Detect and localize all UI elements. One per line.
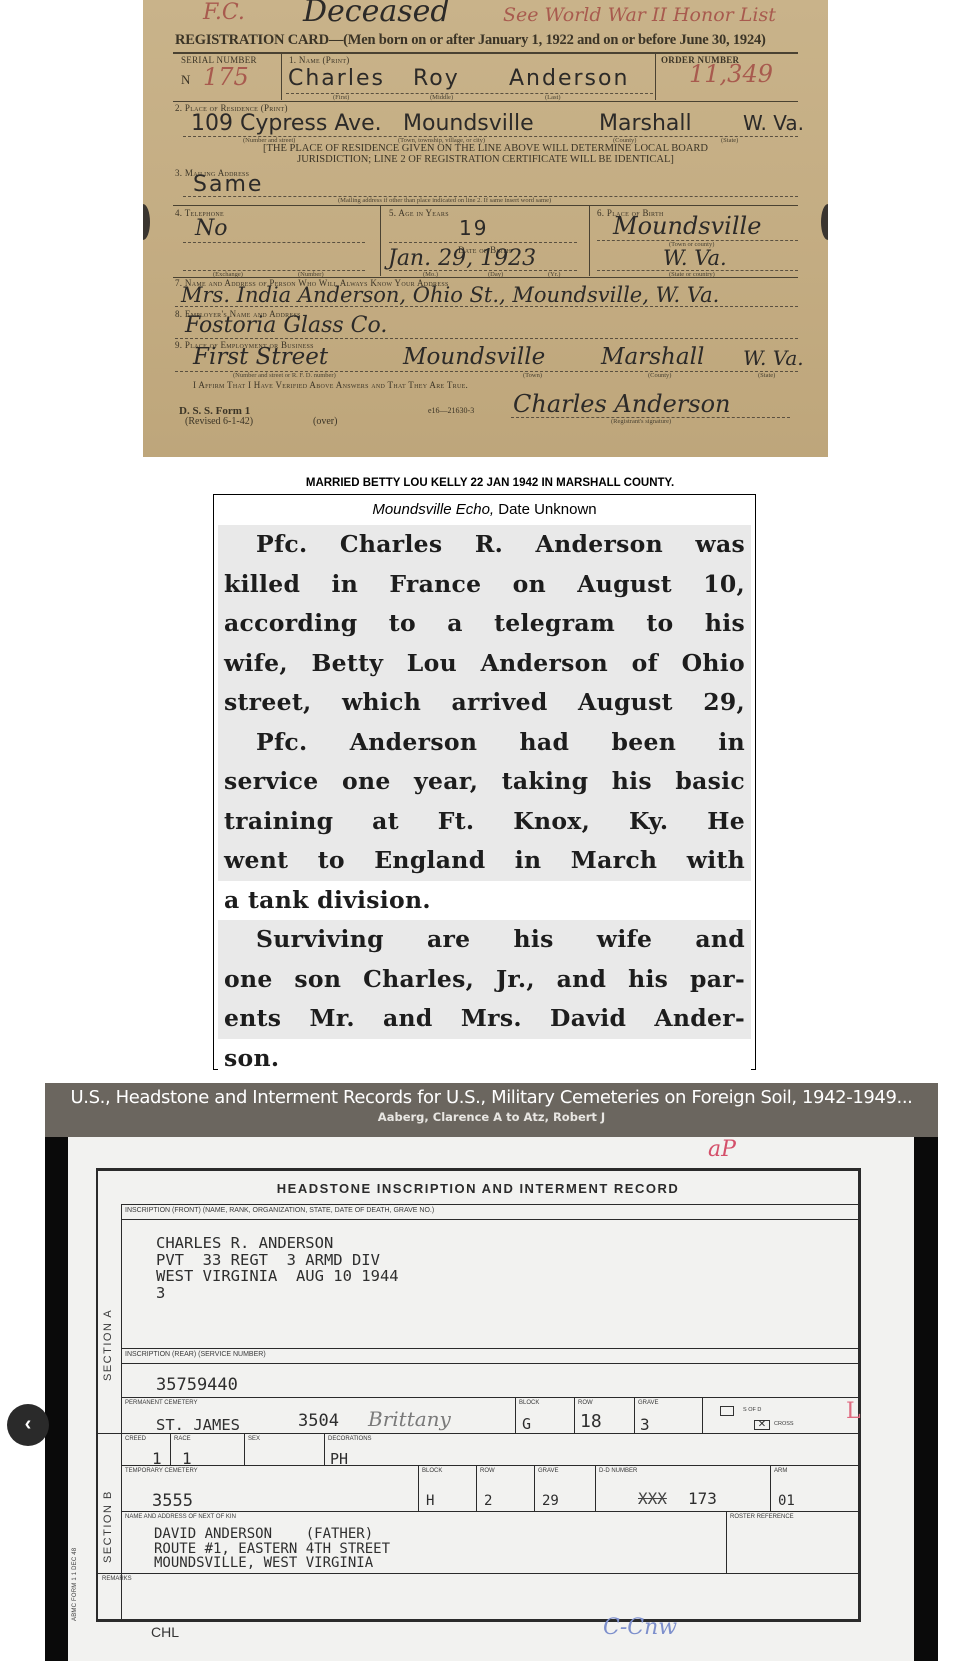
section-b-label: SECTION B	[102, 1490, 114, 1563]
jurisdiction-note-1: [THE PLACE OF RESIDENCE GIVEN ON THE LIN…	[143, 143, 828, 154]
roster-reference-label: ROSTER REFERENCE	[730, 1514, 794, 1520]
obituary-text: Pfc. Charles R. Anderson was killed in F…	[218, 525, 751, 1065]
article-line: street, which arrived August 29,	[218, 683, 751, 723]
inscription-rear-label: INSCRIPTION (Rear) (Service Number)	[125, 1351, 266, 1358]
section-a-label: SECTION A	[102, 1309, 114, 1381]
footer-handwritten: C-Cnw	[603, 1615, 677, 1640]
card-title: REGISTRATION CARD—(Men born on or after …	[175, 32, 766, 49]
punch-hole	[143, 204, 150, 240]
article-line: went to England in March with	[218, 841, 751, 881]
article-line: training at Ft. Knox, Ky. He	[218, 802, 751, 842]
temp-cemetery: 3555	[152, 1491, 193, 1511]
annotation-honor-list: See World War II Honor List	[503, 4, 776, 26]
dd-number: 173	[688, 1489, 717, 1508]
temp-row-label: ROW	[480, 1468, 495, 1474]
inscription-front-text: CHARLES R. ANDERSONPVT 33 REGT 3 ARMD DI…	[156, 1235, 399, 1301]
article-line: a tank division.	[218, 881, 751, 921]
permanent-cemetery-handwritten: Brittany	[368, 1407, 451, 1431]
inscription-line: WEST VIRGINIA AUG 10 1944	[156, 1268, 399, 1285]
perm-row-label: ROW	[578, 1400, 593, 1406]
headstone-form: HEADSTONE INSCRIPTION AND INTERMENT RECO…	[96, 1168, 861, 1622]
corner-initials: aP	[708, 1137, 736, 1162]
telephone-value: No	[195, 216, 228, 241]
name-last: Anderson	[509, 66, 629, 91]
employment-sub-county: (County)	[648, 372, 671, 379]
next-of-kin-line: DAVID ANDERSON (FATHER)	[154, 1527, 390, 1542]
employment-state: W. Va.	[743, 346, 804, 370]
dob-value: Jan. 29, 1923	[388, 246, 536, 271]
inscription-front-label: INSCRIPTION (Front) (Name, Rank, Organiz…	[125, 1207, 434, 1214]
collection-subtitle[interactable]: Aaberg, Clarence A to Atz, Robert J	[45, 1110, 938, 1124]
employment-town: Moundsville	[403, 344, 545, 370]
employment-sub-state: (State)	[758, 372, 775, 379]
employer-value: Fostoria Glass Co.	[185, 313, 387, 338]
article-line: Surviving are his wife and	[218, 920, 751, 960]
name-middle: Roy	[413, 66, 460, 91]
article-line: one son Charles, Jr., and his par-	[218, 960, 751, 1000]
headstone-record-image: aP HEADSTONE INSCRIPTION AND INTERMENT R…	[68, 1137, 914, 1661]
dd-number-label: D-D NUMBER	[599, 1468, 637, 1474]
employment-sub-street: (Number and street or R. F. D. number)	[233, 372, 336, 379]
annotation-deceased: Deceased	[303, 0, 450, 29]
registrant-signature: Charles Anderson	[513, 390, 730, 418]
next-of-kin-label: NAME AND ADDRESS OF NEXT OF KIN	[125, 1514, 236, 1520]
remarks-label: REMARKS	[102, 1576, 132, 1582]
employment-county: Marshall	[601, 344, 704, 370]
name-first: Charles	[288, 66, 385, 91]
name-sub-first: (First)	[333, 94, 349, 101]
residence-state: W. Va.	[743, 111, 804, 135]
next-of-kin-line: MOUNDSVILLE, WEST VIRGINIA	[154, 1556, 390, 1571]
temp-cemetery-label: TEMPORARY CEMETERY	[125, 1468, 198, 1474]
jurisdiction-note-2: JURISDICTION; LINE 2 OF REGISTRATION CER…	[143, 154, 828, 165]
s-of-d-checkbox	[720, 1406, 734, 1416]
s-of-d-label: S OF D	[743, 1407, 761, 1413]
perm-grave: 3	[640, 1415, 650, 1434]
newspaper-source: Moundsville Echo, Date Unknown	[214, 501, 755, 518]
mailing-address-value: Same	[193, 172, 263, 197]
punch-hole	[821, 204, 828, 240]
next-of-kin: DAVID ANDERSON (FATHER)ROUTE #1, EASTERN…	[154, 1527, 390, 1571]
marriage-caption: MARRIED BETTY LOU KELLY 22 JAN 1942 IN M…	[0, 477, 980, 489]
annotation-fc: F.C.	[203, 0, 245, 25]
perm-grave-label: GRAVE	[638, 1400, 659, 1406]
arm-value: 01	[778, 1493, 795, 1509]
perm-block-label: BLOCK	[519, 1400, 539, 1406]
serial-prefix: N	[181, 72, 190, 88]
form-code: e16—21630-3	[428, 406, 474, 415]
race-label: RACE	[174, 1436, 191, 1442]
article-line: ents Mr. and Mrs. David Ander-	[218, 999, 751, 1039]
creed-label: CREED	[125, 1436, 146, 1442]
cross-label: CROSS	[774, 1421, 794, 1427]
name-sub-last: (Last)	[545, 94, 561, 101]
form-revised: (Revised 6-1-42)	[185, 416, 253, 427]
inscription-line: CHARLES R. ANDERSON	[156, 1235, 399, 1252]
age-label: 5. Age in Years	[389, 208, 449, 218]
permanent-cemetery-label: PERMANENT CEMETERY	[125, 1400, 197, 1406]
mailing-address-sub: (Mailing address if other than place ind…	[338, 197, 551, 204]
temp-row: 2	[484, 1493, 492, 1509]
article-line: according to a telegram to his	[218, 604, 751, 644]
article-line: wife, Betty Lou Anderson of Ohio	[218, 644, 751, 684]
record-title: HEADSTONE INSCRIPTION AND INTERMENT RECO…	[98, 1181, 858, 1196]
temp-block-label: BLOCK	[422, 1468, 442, 1474]
form-over: (over)	[313, 416, 337, 427]
affirm-text: I Affirm That I Have Verified Above Answ…	[193, 380, 468, 390]
decorations-label: DECORATIONS	[328, 1436, 372, 1442]
previous-image-button[interactable]: ‹	[7, 1404, 49, 1446]
temp-grave: 29	[542, 1493, 559, 1509]
employment-street: First Street	[193, 344, 328, 370]
birthplace-town: Moundsville	[613, 212, 761, 240]
article-line: son.	[218, 1039, 751, 1079]
inscription-line: 3	[156, 1285, 399, 1302]
side-margin-mark: L	[846, 1399, 861, 1424]
footer-code: CHL	[151, 1624, 179, 1640]
dd-number-struck: XXX	[638, 1489, 667, 1508]
form-id: ABMC FORM 1 1 DEC 48	[72, 1548, 78, 1621]
chevron-left-icon: ‹	[25, 1413, 32, 1435]
cross-checkbox-checked: ✕	[754, 1420, 770, 1430]
order-number: 11,349	[689, 60, 773, 88]
article-line: Pfc. Anderson had been in	[218, 723, 751, 763]
perm-block: G	[522, 1415, 531, 1433]
permanent-cemetery-code: 3504	[298, 1411, 339, 1431]
birthplace-state: W. Va.	[663, 246, 727, 270]
residence-street: 109 Cypress Ave.	[191, 111, 382, 136]
draft-registration-card: F.C. Deceased See World War II Honor Lis…	[143, 0, 828, 457]
serial-number: 175	[203, 63, 249, 91]
permanent-cemetery: ST. JAMES	[156, 1416, 240, 1434]
name-label: 1. Name (Print)	[289, 55, 350, 65]
perm-row: 18	[580, 1411, 602, 1432]
residence-town: Moundsville	[403, 111, 534, 136]
signature-sub: (Registrant's signature)	[611, 418, 671, 425]
newspaper-name: Moundsville Echo,	[372, 501, 494, 518]
collection-header: U.S., Headstone and Interment Records fo…	[45, 1083, 938, 1137]
newspaper-clipping: Moundsville Echo, Date Unknown Pfc. Char…	[213, 494, 756, 1070]
service-number: 35759440	[156, 1375, 238, 1395]
article-line: service one year, taking his basic	[218, 762, 751, 802]
temp-grave-label: GRAVE	[538, 1468, 559, 1474]
inscription-line: PVT 33 REGT 3 ARMD DIV	[156, 1252, 399, 1269]
residence-county: Marshall	[599, 111, 692, 136]
name-sub-middle: (Middle)	[430, 94, 453, 101]
contact-value: Mrs. India Anderson, Ohio St., Moundsvil…	[181, 283, 719, 307]
article-line: Pfc. Charles R. Anderson was	[218, 525, 751, 565]
record-image-viewer: U.S., Headstone and Interment Records fo…	[45, 1083, 938, 1661]
sex-label: SEX	[248, 1436, 260, 1442]
newspaper-date: Date Unknown	[494, 501, 597, 518]
collection-title[interactable]: U.S., Headstone and Interment Records fo…	[45, 1083, 938, 1108]
arm-label: ARM	[774, 1468, 787, 1474]
age-value: 19	[459, 216, 488, 240]
temp-block: H	[426, 1493, 434, 1509]
employment-sub-town: (Town)	[523, 372, 542, 379]
article-line: killed in France on August 10,	[218, 565, 751, 605]
next-of-kin-line: ROUTE #1, EASTERN 4TH STREET	[154, 1542, 390, 1557]
